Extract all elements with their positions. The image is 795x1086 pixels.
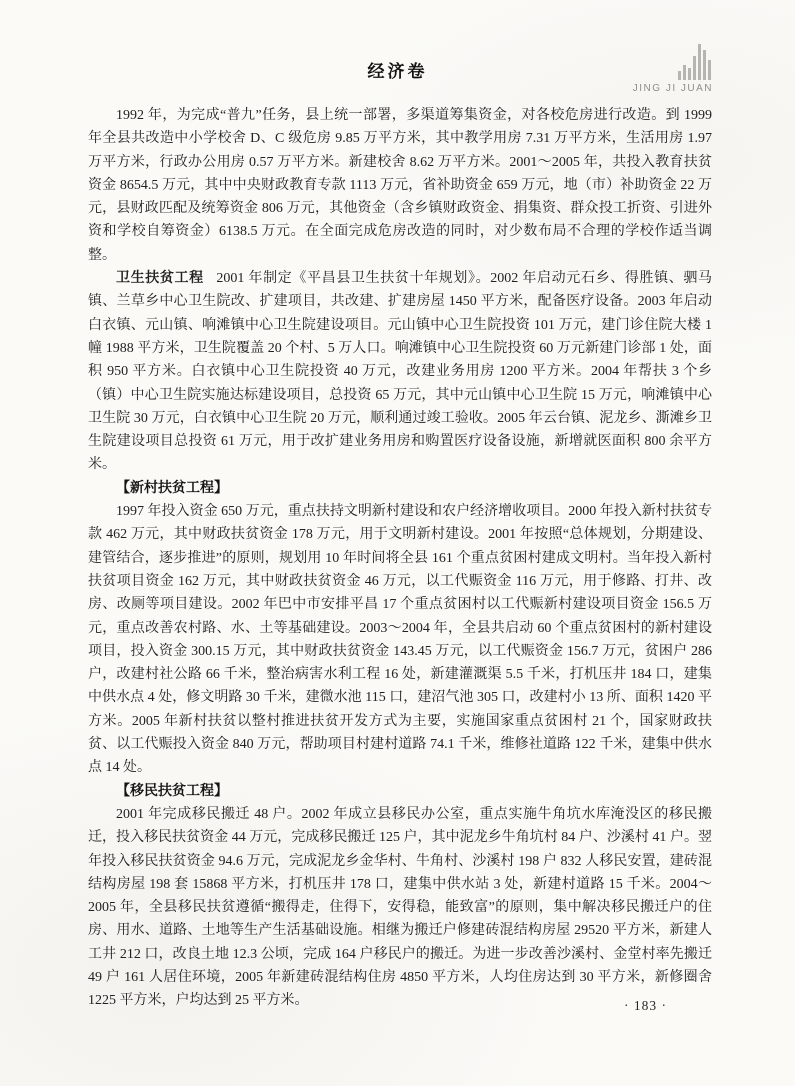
paragraph-health-text: 2001 年制定《平昌县卫生扶贫十年规划》。2002 年启动元石乡、得胜镇、驷马… (88, 271, 712, 472)
paragraph-health: 卫生扶贫工程2001 年制定《平昌县卫生扶贫十年规划》。2002 年启动元石乡、… (88, 267, 712, 477)
skyline-bars-icon (633, 42, 713, 80)
heading-migration: 【移民扶贫工程】 (88, 780, 712, 803)
paragraph-new-village: 1997 年投入资金 650 万元，重点扶持文明新村建设和农户经济增收项目。20… (88, 500, 712, 780)
logo-text: JING JI JUAN (633, 83, 713, 94)
volume-logo: JING JI JUAN (633, 42, 713, 94)
paragraph-migration: 2001 年完成移民搬迁 48 户。2002 年成立县移民办公室，重点实施牛角坑… (88, 803, 712, 1013)
heading-new-village: 【新村扶贫工程】 (88, 477, 712, 500)
paragraph-lead-health: 卫生扶贫工程 (116, 271, 204, 286)
page-body: 1992 年，为完成“普九”任务，县上统一部署，多渠道筹集资金，对各校危房进行改… (88, 104, 712, 1013)
book-page: 经济卷 JING JI JUAN 1992 年，为完成“普九”任务，县上统一部署… (0, 0, 795, 1086)
page-number: · 183 · (624, 998, 667, 1014)
paragraph-education: 1992 年，为完成“普九”任务，县上统一部署，多渠道筹集资金，对各校危房进行改… (88, 104, 712, 267)
